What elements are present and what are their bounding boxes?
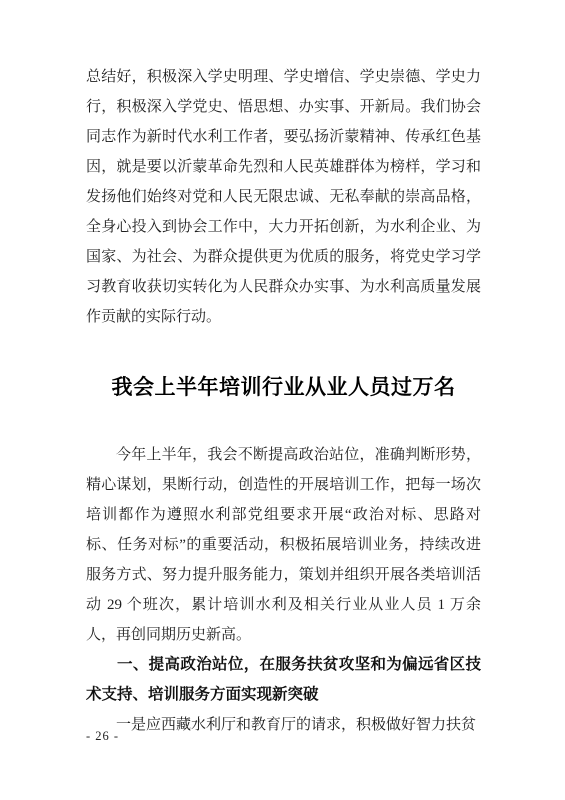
section1-heading: 一、提高政治站位，在服务扶贫攻坚和为偏远省区技术支持、培训服务方面实现新突破	[86, 650, 481, 710]
page-number: - 26 -	[86, 729, 119, 744]
document-page: 总结好，积极深入学史明理、学史增信、学史崇德、学史力行，积极深入学党史、悟思想、…	[0, 0, 565, 800]
section1-paragraph: 一是应西藏水利厅和教育厅的请求，积极做好智力扶贫	[86, 710, 481, 740]
article-title: 我会上半年培训行业从业人员过万名	[86, 372, 481, 402]
intro-paragraph: 今年上半年，我会不断提高政治站位，准确判断形势，精心谋划，果断行动，创造性的开展…	[86, 440, 481, 650]
continuation-paragraph: 总结好，积极深入学史明理、学史增信、学史崇德、学史力行，积极深入学党史、悟思想、…	[86, 62, 481, 332]
